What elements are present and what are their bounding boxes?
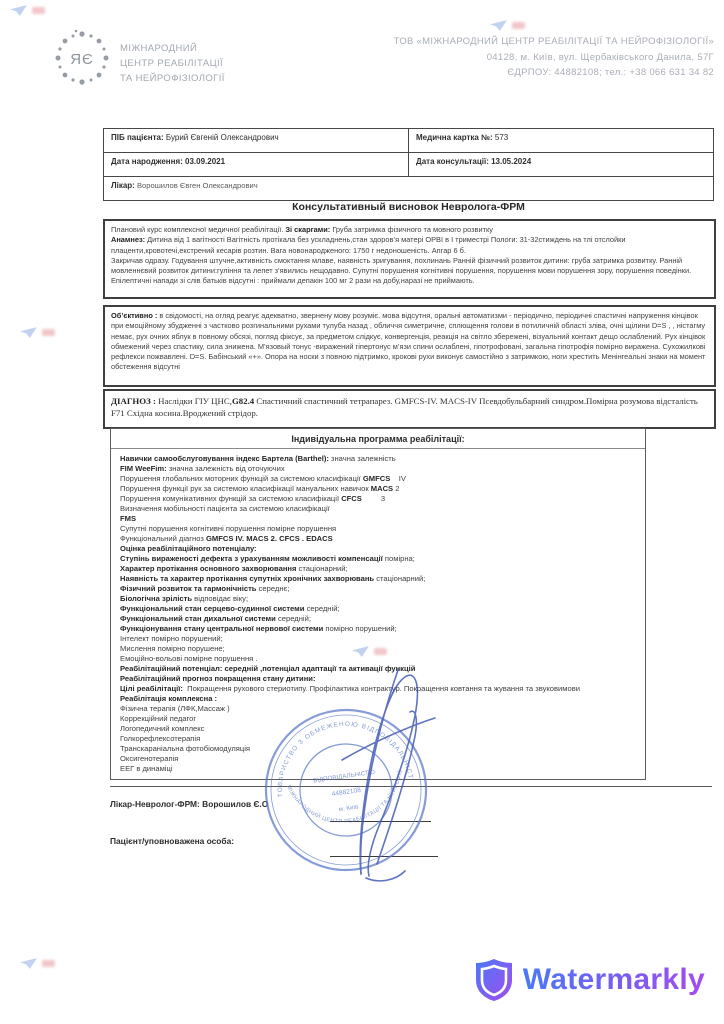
mini-watermark (352, 646, 387, 657)
line-text: Мислення помірно порушене; (120, 644, 225, 653)
line-text: ЕЕГ в динаміці (120, 764, 173, 773)
line-bold: GMFCS (363, 474, 390, 483)
patient-name-label: ПІБ пацієнта: (111, 133, 164, 142)
line-text: середній; (304, 604, 339, 613)
clinic-name: МІЖНАРОДНИЙ ЦЕНТР РЕАБІЛІТАЦІЇ ТА НЕЙРОФ… (120, 41, 225, 86)
anamnesis-text: Дитина від 1 вагітності Вагітність проті… (111, 235, 625, 254)
patient-info-table: ПІБ пацієнта: Бурий Євгеній Олександрови… (103, 128, 714, 201)
table-row: Дата народження: 03.09.2021 Дата консуль… (104, 153, 714, 177)
line-text: Транскараніальна фотобіомодуляція (120, 744, 250, 753)
program-line: FIM WeeFim: значна залежність від оточую… (120, 464, 636, 474)
line-bold: GMFCS IV. MACS 2. CFCS . EDACS (206, 534, 333, 543)
objective-label: Об’єктивно : (111, 311, 157, 320)
line-text: 3 (362, 494, 385, 503)
line-text: Емоційно-вольові помірне порушення . (120, 654, 257, 663)
diagnosis-label: ДІАГНОЗ : (111, 396, 156, 406)
program-line: Порушення комунікативних функцій за сист… (120, 494, 636, 504)
card-number-label: Медична картка №: (416, 133, 493, 142)
line-text: середнє; (256, 584, 289, 593)
red-smudge-icon (374, 648, 387, 655)
mini-watermark (20, 327, 55, 338)
line-text: значна залежність (329, 454, 396, 463)
doctor-signature-label: Лікар-Невролог-ФРМ: Ворошилов Є.О (110, 799, 268, 809)
red-smudge-icon (42, 960, 55, 967)
card-number-value: 573 (493, 133, 509, 142)
stamp-and-signature: ТОВАРИСТВО З ОБМЕЖЕНОЮ ВІДПОВІДАЛЬНІСТЮ … (248, 628, 484, 904)
birth-date-label: Дата народження: (111, 157, 183, 166)
anamnesis-line: Закричав одразу. Годування штучне,активн… (111, 256, 708, 287)
program-line: Функціональний діагноз GMFCS IV. MACS 2.… (120, 534, 636, 544)
line-text: помірна; (383, 554, 415, 563)
anamnesis-line: Анамнез: Дитина від 1 вагітності Вагітні… (111, 235, 708, 256)
line-bold: Біологічна зрілість (120, 594, 192, 603)
watermarkly-wordmark: Watermarkly (523, 963, 705, 997)
program-line: Біологічна зрілість відповідає віку; (120, 594, 636, 604)
line-text: значна залежність від оточуючих (167, 464, 285, 473)
patient-signature-label: Пацієнт/уповноважена особа: (110, 836, 234, 846)
card-number-cell: Медична картка №: 573 (409, 129, 714, 153)
line-text: Фізична терапія (ЛФК,Массаж ) (120, 704, 230, 713)
birth-date-value: 03.09.2021 (183, 157, 225, 166)
doctor-value: Ворошилов Євген Олександрович (135, 181, 258, 190)
line-bold: Навички самообслуговування індекс Бартел… (120, 454, 329, 463)
mini-watermark (20, 958, 55, 969)
line-text: Визначення мобільності пацієнта за систе… (120, 504, 330, 513)
clinic-phone-edrpou: ЄДРПОУ: 44882108; тел.: +38 066 631 34 8… (394, 65, 714, 81)
line-bold: Ступінь вираженості дефекта з урахування… (120, 554, 383, 563)
line-text: середній; (276, 614, 311, 623)
watermarkly-brand: Watermarkly (474, 958, 705, 1002)
line-bold: Функціональний стан серцево-судинної сис… (120, 604, 304, 613)
paper-plane-icon (352, 646, 369, 657)
stamp-center-line2: 44882108 (331, 787, 361, 798)
program-line: Функціональний стан серцево-судинної сис… (120, 604, 636, 614)
program-line: Фізичний розвиток та гармонічність серед… (120, 584, 636, 594)
red-smudge-icon (32, 7, 45, 14)
line-bold: Оцінка реабілітаційного потенціалу: (120, 544, 257, 553)
program-line: Визначення мобільності пацієнта за систе… (120, 504, 636, 514)
anamnesis-line: Плановий курс комплексної медичної реабі… (111, 225, 708, 235)
clinic-contact-block: ТОВ «МІЖНАРОДНИЙ ЦЕНТР РЕАБІЛІТАЦІЇ ТА Н… (394, 34, 714, 81)
complaints-label: Зі скаргами: (285, 225, 330, 234)
line-text: Порушення функції рук за системою класиф… (120, 484, 371, 493)
line-bold: FIM WeeFim: (120, 464, 167, 473)
table-row: ПІБ пацієнта: Бурий Євгеній Олександрови… (104, 129, 714, 153)
program-line: Наявність та характер протікання супутні… (120, 574, 636, 584)
stamp-center-line3: м. Київ (338, 803, 359, 813)
program-line: Оцінка реабілітаційного потенціалу: (120, 544, 636, 554)
table-row: Лікар: Ворошилов Євген Олександрович (104, 177, 714, 201)
consult-date-label: Дата консультації: (416, 157, 489, 166)
paper-plane-icon (10, 5, 27, 16)
patient-name-value: Бурий Євгеній Олександрович (164, 133, 279, 142)
program-line: Навички самообслуговування індекс Бартел… (120, 454, 636, 464)
clinic-logo: ЯЄ (52, 28, 112, 99)
program-line: Супутні порушення когнітивні порушення п… (120, 524, 636, 534)
dotted-ring-logo-icon: ЯЄ (52, 28, 112, 94)
line-text: Функціональний діагноз (120, 534, 206, 543)
anamnesis-text: Груба затримка фізичного та мовного розв… (330, 225, 493, 234)
line-text: відповідає віку; (192, 594, 248, 603)
page-title: Консультативный висновок Невролога-ФРМ (103, 201, 714, 213)
line-bold: Реабілітація комплексна : (120, 694, 217, 703)
mini-watermark (10, 5, 45, 16)
line-text: Супутні порушення когнітивні порушення п… (120, 524, 336, 533)
icd-code: G82.4 (232, 396, 254, 406)
line-bold: Фізичний розвиток та гармонічність (120, 584, 256, 593)
paper-plane-icon (20, 958, 37, 969)
red-smudge-icon (42, 329, 55, 336)
anamnesis-box: Плановий курс комплексної медичної реабі… (103, 219, 716, 299)
doctor-label: Лікар: (111, 181, 135, 190)
program-line: Функціональний стан дихальної системи се… (120, 614, 636, 624)
line-text: IV (390, 474, 406, 483)
program-line: FMS (120, 514, 636, 524)
clinic-name-line: ТА НЕЙРОФІЗІОЛОГІЇ (120, 71, 225, 86)
line-text: 2 (393, 484, 399, 493)
consult-date-cell: Дата консультації: 13.05.2024 (409, 153, 714, 177)
line-text: Інтелект помірно порушений; (120, 634, 223, 643)
line-text: Оксигенотерапія (120, 754, 178, 763)
line-text: Коррекційний педагог (120, 714, 196, 723)
shield-icon (474, 958, 514, 1002)
round-stamp-icon: ТОВАРИСТВО З ОБМЕЖЕНОЮ ВІДПОВІДАЛЬНІСТЮ … (248, 628, 436, 883)
clinic-address: 04128, м. Київ, вул. Щербаківського Дани… (394, 50, 714, 66)
line-bold: FMS (120, 514, 136, 523)
line-bold: MACS (371, 484, 393, 493)
objective-text: в свідомості, на огляд реагує адекватно,… (111, 311, 706, 371)
line-bold: Цілі реабілітації: (120, 684, 183, 693)
line-bold: Характер протікання основного захворюван… (120, 564, 296, 573)
line-text: Голкорефлексотерапія (120, 734, 200, 743)
diagnosis-box: ДІАГНОЗ : Наслідки ГІУ ЦНС,G82.4 Спастич… (103, 389, 716, 429)
line-text: Порушення комунікативних функцій за сист… (120, 494, 341, 503)
program-line: Ступінь вираженості дефекта з урахування… (120, 554, 636, 564)
line-text: стаціонарний; (374, 574, 425, 583)
patient-name-cell: ПІБ пацієнта: Бурий Євгеній Олександрови… (104, 129, 409, 153)
line-text: Логопедичний комплекс (120, 724, 204, 733)
logo-monogram: ЯЄ (70, 51, 94, 68)
line-bold: Функціональний стан дихальної системи (120, 614, 276, 623)
paper-plane-icon (490, 20, 507, 31)
rehab-program-title: Індивідуальна программа реабілітації: (111, 429, 645, 449)
line-bold: Наявність та характер протікання супутні… (120, 574, 374, 583)
clinic-name-line: ЦЕНТР РЕАБІЛІТАЦІЇ (120, 56, 225, 71)
birth-date-cell: Дата народження: 03.09.2021 (104, 153, 409, 177)
program-line: Порушення функції рук за системою класиф… (120, 484, 636, 494)
program-line: Порушення глобальних моторних функцій за… (120, 474, 636, 484)
anamnesis-text: Плановий курс комплексної медичної реабі… (111, 225, 285, 234)
program-line: Характер протікання основного захворюван… (120, 564, 636, 574)
anamnesis-label: Анамнез: (111, 235, 145, 244)
doctor-cell: Лікар: Ворошилов Євген Олександрович (104, 177, 714, 201)
paper-plane-icon (20, 327, 37, 338)
clinic-legal-name: ТОВ «МІЖНАРОДНИЙ ЦЕНТР РЕАБІЛІТАЦІЇ ТА Н… (394, 34, 714, 50)
line-text: стаціонарний; (296, 564, 347, 573)
line-text: Порушення глобальних моторних функцій за… (120, 474, 363, 483)
objective-box: Об’єктивно : в свідомості, на огляд реаг… (103, 305, 716, 387)
diagnosis-text: Наслідки ГІУ ЦНС, (156, 396, 232, 406)
line-bold: CFCS (341, 494, 362, 503)
mini-watermark (490, 20, 525, 31)
clinic-name-line: МІЖНАРОДНИЙ (120, 41, 225, 56)
red-smudge-icon (512, 22, 525, 29)
consult-date-value: 13.05.2024 (489, 157, 531, 166)
stamp-center-line1: ВІДПОВІДАЛЬНІСТЮ (313, 769, 376, 785)
